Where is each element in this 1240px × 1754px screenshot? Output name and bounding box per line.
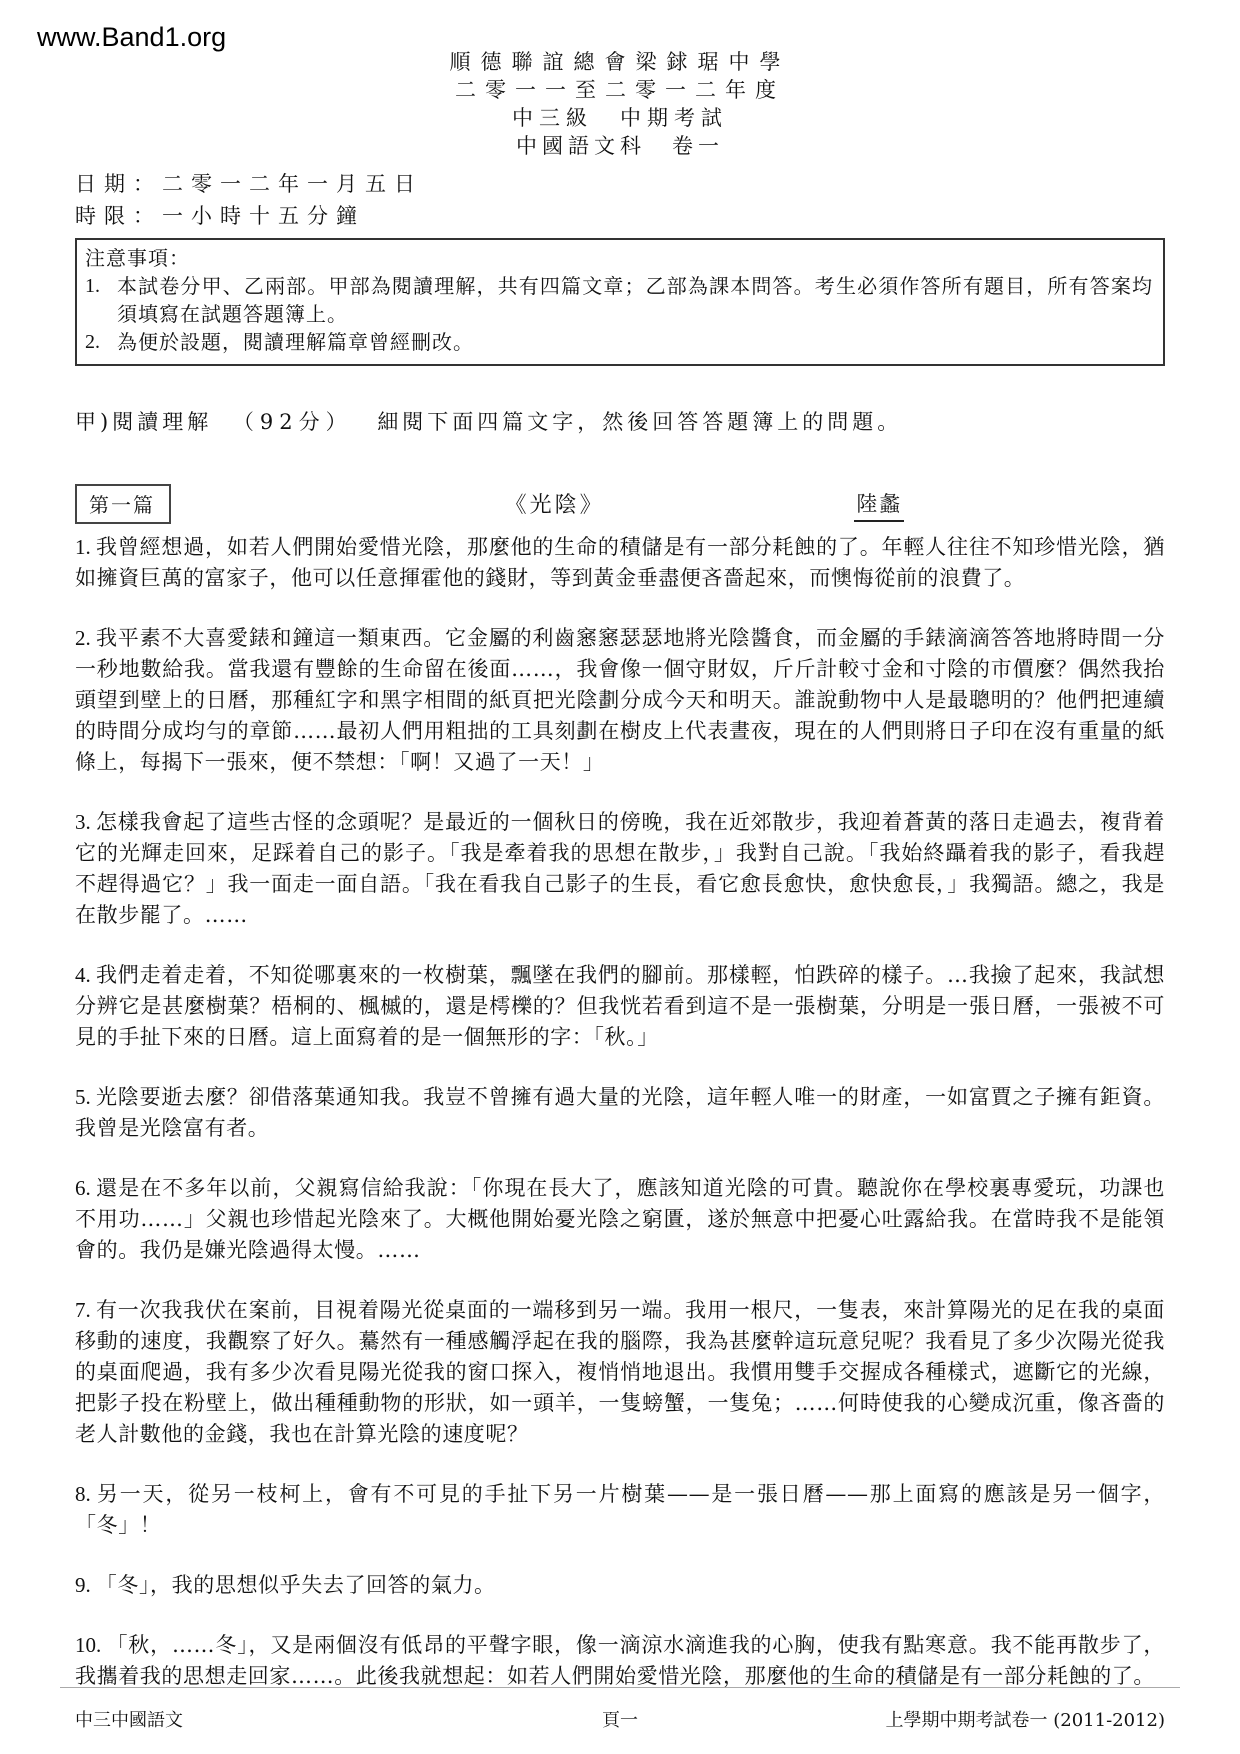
paragraph-text: 我們走着走着，不知從哪裏來的一枚樹葉，飄墜在我們的腳前。那樣輕，怕跌碎的樣子。……: [75, 963, 1165, 1049]
section-a-heading: 甲)閱讀理解 （92分） 細閱下面四篇文字，然後回答答題簿上的問題。: [75, 406, 1165, 436]
section-a-instruction: 細閱下面四篇文字，然後回答答題簿上的問題。: [377, 410, 902, 434]
passage-number-badge: 第一篇: [75, 484, 171, 524]
notice-item-text: 為便於設題，閱讀理解篇章曾經刪改。: [117, 328, 1153, 356]
footer-divider: [60, 1687, 1180, 1688]
exam-paper-page: www.Band1.org 順德聯誼總會梁銶琚中學 二零一一至二零一二年度 中三…: [0, 0, 1240, 1754]
passage-paragraph-7: 7.有一次我我伏在案前，目視着陽光從桌面的一端移到另一端。我用一根尺，一隻表，來…: [75, 1295, 1165, 1450]
passage-paragraph-8: 8.另一天，從另一枝柯上，會有不可見的手扯下另一片樹葉——是一張日曆——那上面寫…: [75, 1479, 1165, 1541]
footer-page-number: 頁一: [438, 1706, 801, 1732]
exam-time-limit: 時限：一小時十五分鐘: [75, 200, 1165, 232]
passage-paragraph-5: 5.光陰要逝去麼？卻借落葉通知我。我豈不曾擁有過大量的光陰，這年輕人唯一的財產，…: [75, 1082, 1165, 1144]
passage-paragraph-1: 1.我曾經想過，如若人們開始愛惜光陰，那麼他的生命的積儲是有一部分耗蝕的了。年輕…: [75, 532, 1165, 594]
section-a-label: 甲)閱讀理解: [75, 410, 212, 434]
exam-title: 中三級 中期考試: [75, 104, 1165, 132]
paragraph-number: 7.: [75, 1298, 91, 1322]
paragraph-text: 另一天，從另一枝柯上，會有不可見的手扯下另一片樹葉——是一張日曆——那上面寫的應…: [75, 1482, 1165, 1537]
subject-paper: 中國語文科 卷一: [75, 132, 1165, 160]
paragraph-text: 怎樣我會起了這些古怪的念頭呢？是最近的一個秋日的傍晚，我在近郊散步，我迎着蒼黃的…: [75, 810, 1165, 927]
paragraph-number: 4.: [75, 963, 91, 987]
paragraph-text: 「秋，……冬」，又是兩個沒有低昂的平聲字眼，像一滴涼水滴進我的心胸，使我有點寒意…: [75, 1633, 1165, 1688]
footer-subject: 中三中國語文: [75, 1706, 438, 1732]
passage-paragraph-4: 4.我們走着走着，不知從哪裏來的一枚樹葉，飄墜在我們的腳前。那樣輕，怕跌碎的樣子…: [75, 960, 1165, 1053]
section-a-marks: （92分）: [233, 410, 353, 434]
passage-paragraph-2: 2.我平素不大喜愛錶和鐘這一類東西。它金屬的利齒窸窸瑟瑟地將光陰醬食，而金屬的手…: [75, 623, 1165, 778]
paragraph-text: 光陰要逝去麼？卻借落葉通知我。我豈不曾擁有過大量的光陰，這年輕人唯一的財產，一如…: [75, 1085, 1165, 1140]
paragraph-text: 還是在不多年以前，父親寫信給我說：「你現在長大了，應該知道光陰的可貴。聽說你在學…: [75, 1176, 1165, 1262]
notice-item: 2. 為便於設題，閱讀理解篇章曾經刪改。: [85, 328, 1153, 356]
paragraph-text: 我平素不大喜愛錶和鐘這一類東西。它金屬的利齒窸窸瑟瑟地將光陰醬食，而金屬的手錶滴…: [75, 626, 1165, 774]
paragraph-number: 10.: [75, 1633, 101, 1657]
paragraph-number: 9.: [75, 1573, 91, 1597]
paragraph-text: 我曾經想過，如若人們開始愛惜光陰，那麼他的生命的積儲是有一部分耗蝕的了。年輕人往…: [75, 535, 1165, 590]
paragraph-number: 3.: [75, 810, 91, 834]
notice-box: 注意事項： 1. 本試卷分甲、乙兩部。甲部為閱讀理解，共有四篇文章；乙部為課本問…: [75, 238, 1165, 366]
passage-author: 陸蠡: [854, 488, 904, 522]
notice-item-number: 1.: [85, 272, 117, 328]
paragraph-text: 「冬」，我的思想似乎失去了回答的氣力。: [96, 1573, 496, 1597]
paragraph-number: 1.: [75, 535, 91, 559]
exam-info: 日期：二零一二年一月五日 時限：一小時十五分鐘: [75, 168, 1165, 232]
academic-year: 二零一一至二零一二年度: [75, 76, 1165, 104]
paragraph-number: 2.: [75, 626, 91, 650]
school-name: 順德聯誼總會梁銶琚中學: [75, 48, 1165, 76]
paragraph-number: 5.: [75, 1085, 91, 1109]
notice-title: 注意事項：: [85, 244, 1153, 272]
paper-header: 順德聯誼總會梁銶琚中學 二零一一至二零一二年度 中三級 中期考試 中國語文科 卷…: [75, 48, 1165, 160]
footer-exam-label: 上學期中期考試卷一 (2011-2012): [802, 1706, 1165, 1732]
watermark-url: www.Band1.org: [37, 22, 226, 53]
exam-date: 日期：二零一二年一月五日: [75, 168, 1165, 200]
passage-body: 1.我曾經想過，如若人們開始愛惜光陰，那麼他的生命的積儲是有一部分耗蝕的了。年輕…: [75, 532, 1165, 1692]
paragraph-number: 6.: [75, 1176, 91, 1200]
page-footer: 中三中國語文 頁一 上學期中期考試卷一 (2011-2012): [60, 1687, 1180, 1732]
passage-paragraph-9: 9.「冬」，我的思想似乎失去了回答的氣力。: [75, 1570, 1165, 1601]
notice-item: 1. 本試卷分甲、乙兩部。甲部為閱讀理解，共有四篇文章；乙部為課本問答。考生必須…: [85, 272, 1153, 328]
passage-paragraph-10: 10.「秋，……冬」，又是兩個沒有低昂的平聲字眼，像一滴涼水滴進我的心胸，使我有…: [75, 1630, 1165, 1692]
notice-item-text: 本試卷分甲、乙兩部。甲部為閱讀理解，共有四篇文章；乙部為課本問答。考生必須作答所…: [117, 272, 1153, 328]
paragraph-text: 有一次我我伏在案前，目視着陽光從桌面的一端移到另一端。我用一根尺，一隻表，來計算…: [75, 1298, 1165, 1446]
passage-paragraph-6: 6.還是在不多年以前，父親寫信給我說：「你現在長大了，應該知道光陰的可貴。聽說你…: [75, 1173, 1165, 1266]
notice-item-number: 2.: [85, 328, 117, 356]
passage-header: 第一篇 《光陰》 陸蠡: [75, 488, 1165, 524]
passage-paragraph-3: 3.怎樣我會起了這些古怪的念頭呢？是最近的一個秋日的傍晚，我在近郊散步，我迎着蒼…: [75, 807, 1165, 931]
paragraph-number: 8.: [75, 1482, 91, 1506]
passage-title: 《光陰》: [505, 488, 605, 519]
